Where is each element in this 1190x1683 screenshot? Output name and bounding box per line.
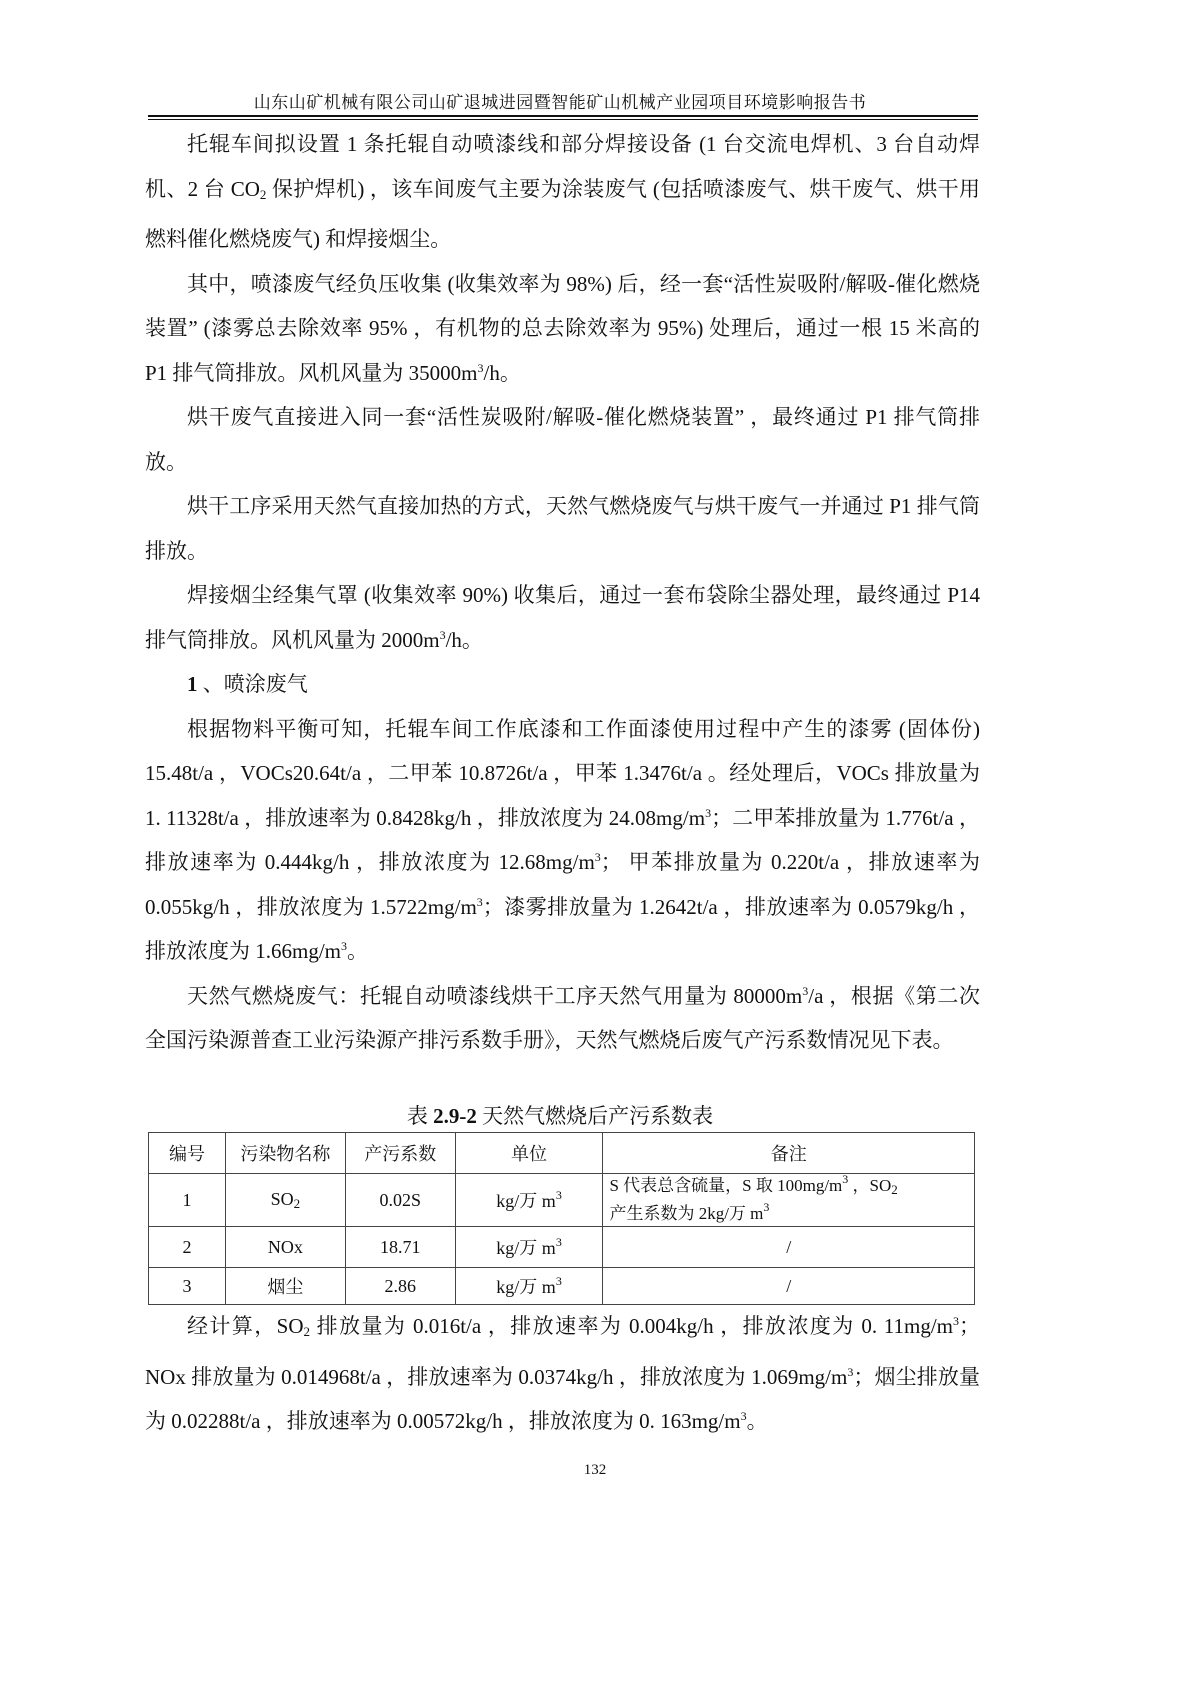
text: 。 bbox=[747, 1409, 768, 1433]
heading-text: 、喷涂废气 bbox=[198, 672, 308, 696]
paragraph-calculation: 经计算，SO2 排放量为 0.016t/a ，排放速率为 0.004kg/h ，… bbox=[145, 1304, 980, 1444]
text: kg/万 m bbox=[496, 1277, 556, 1297]
caption-prefix: 表 bbox=[407, 1104, 433, 1128]
cell-coefficient: 18.71 bbox=[345, 1227, 455, 1268]
text: /h。 bbox=[446, 628, 483, 652]
page-number: 132 bbox=[0, 1462, 1190, 1479]
cell-pollutant: SO2 bbox=[225, 1174, 345, 1227]
superscript: 3 bbox=[556, 1235, 562, 1249]
text: ，SO bbox=[848, 1176, 891, 1195]
paragraph-drying-gas: 烘干废气直接进入同一套“活性炭吸附/解吸-催化燃烧装置” ，最终通过 P1 排气… bbox=[145, 395, 980, 484]
cell-note: / bbox=[603, 1227, 975, 1268]
text: 排放量为 0.016t/a ，排放速率为 0.004kg/h ，排放浓度为 0.… bbox=[310, 1314, 953, 1338]
subscript: 2 bbox=[294, 1196, 301, 1211]
text: /h。 bbox=[484, 361, 521, 385]
text: 。 bbox=[347, 939, 368, 963]
paragraph-material-balance: 根据物料平衡可知，托辊车间工作底漆和工作面漆使用过程中产生的漆雾 (固体份) 1… bbox=[145, 707, 980, 974]
text: 焊接烟尘经集气罩 (收集效率 90%) 收集后，通过一套布袋除尘器处理，最终通过… bbox=[145, 583, 980, 652]
calculation-paragraph: 经计算，SO2 排放量为 0.016t/a ，排放速率为 0.004kg/h ，… bbox=[145, 1304, 980, 1444]
paragraph-roller-workshop: 托辊车间拟设置 1 条托辊自动喷漆线和部分焊接设备 (1 台交流电焊机、3 台自… bbox=[145, 122, 980, 262]
header-id: 编号 bbox=[149, 1133, 226, 1174]
cell-pollutant: NOx bbox=[225, 1227, 345, 1268]
body-text: 托辊车间拟设置 1 条托辊自动喷漆线和部分焊接设备 (1 台交流电焊机、3 台自… bbox=[145, 122, 980, 1063]
text: kg/万 m bbox=[496, 1191, 556, 1211]
text: SO bbox=[271, 1189, 294, 1209]
cell-id: 1 bbox=[149, 1174, 226, 1227]
caption-number: 2.9-2 bbox=[433, 1104, 477, 1128]
table-row: 3 烟尘 2.86 kg/万 m3 / bbox=[149, 1268, 975, 1305]
cell-coefficient: 0.02S bbox=[345, 1174, 455, 1227]
table-row: 1 SO2 0.02S kg/万 m3 S 代表总含硫量，S 取 100mg/m… bbox=[149, 1174, 975, 1227]
subscript: 2 bbox=[891, 1182, 898, 1197]
paragraph-natural-gas-combustion: 天然气燃烧废气：托辊自动喷漆线烘干工序天然气用量为 80000m3/a ，根据《… bbox=[145, 974, 980, 1063]
text: 天然气燃烧废气：托辊自动喷漆线烘干工序天然气用量为 80000m bbox=[187, 984, 802, 1008]
superscript: 3 bbox=[556, 1274, 562, 1288]
document-header: 山东山矿机械有限公司山矿退城进园暨智能矿山机械产业园项目环境影响报告书 bbox=[140, 88, 980, 113]
paragraph-spray-treatment: 其中，喷漆废气经负压收集 (收集效率为 98%) 后，经一套“活性炭吸附/解吸-… bbox=[145, 262, 980, 396]
header-unit: 单位 bbox=[455, 1133, 603, 1174]
cell-note: / bbox=[603, 1268, 975, 1305]
table-header-row: 编号 污染物名称 产污系数 单位 备注 bbox=[149, 1133, 975, 1174]
heading-number: 1 bbox=[187, 672, 198, 696]
text: 保护焊机) ，该车间废气主要为涂装废气 (包括喷漆废气、烘干废气、烘干用燃料催化… bbox=[145, 177, 980, 252]
cell-id: 2 bbox=[149, 1227, 226, 1268]
table-row: 2 NOx 18.71 kg/万 m3 / bbox=[149, 1227, 975, 1268]
cell-id: 3 bbox=[149, 1268, 226, 1305]
superscript: 3 bbox=[556, 1188, 562, 1202]
caption-text: 天然气燃烧后产污系数表 bbox=[477, 1104, 713, 1128]
text: kg/万 m bbox=[496, 1238, 556, 1258]
header-divider bbox=[148, 115, 978, 120]
section-heading-spray-gas: 1 、喷涂废气 bbox=[145, 662, 980, 707]
emission-coefficient-table: 编号 污染物名称 产污系数 单位 备注 1 SO2 0.02S kg/万 m3 … bbox=[148, 1132, 975, 1305]
superscript: 3 bbox=[763, 1200, 769, 1214]
cell-unit: kg/万 m3 bbox=[455, 1227, 603, 1268]
cell-pollutant: 烟尘 bbox=[225, 1268, 345, 1305]
paragraph-welding-fume: 焊接烟尘经集气罩 (收集效率 90%) 收集后，通过一套布袋除尘器处理，最终通过… bbox=[145, 573, 980, 662]
text: 产生系数为 2kg/万 m bbox=[609, 1204, 763, 1223]
header-coefficient: 产污系数 bbox=[345, 1133, 455, 1174]
cell-coefficient: 2.86 bbox=[345, 1268, 455, 1305]
table-caption: 表 2.9-2 天然气燃烧后产污系数表 bbox=[140, 1100, 980, 1130]
cell-unit: kg/万 m3 bbox=[455, 1174, 603, 1227]
paragraph-natural-gas-heating: 烘干工序采用天然气直接加热的方式，天然气燃烧废气与烘干废气一并通过 P1 排气筒… bbox=[145, 484, 980, 573]
header-pollutant: 污染物名称 bbox=[225, 1133, 345, 1174]
text: 经计算，SO bbox=[187, 1314, 304, 1338]
text: 其中，喷漆废气经负压收集 (收集效率为 98%) 后，经一套“活性炭吸附/解吸-… bbox=[145, 272, 980, 385]
text: S 代表总含硫量，S 取 100mg/m bbox=[609, 1176, 842, 1195]
cell-unit: kg/万 m3 bbox=[455, 1268, 603, 1305]
cell-note: S 代表总含硫量，S 取 100mg/m3 ，SO2 产生系数为 2kg/万 m… bbox=[603, 1174, 975, 1227]
header-note: 备注 bbox=[603, 1133, 975, 1174]
